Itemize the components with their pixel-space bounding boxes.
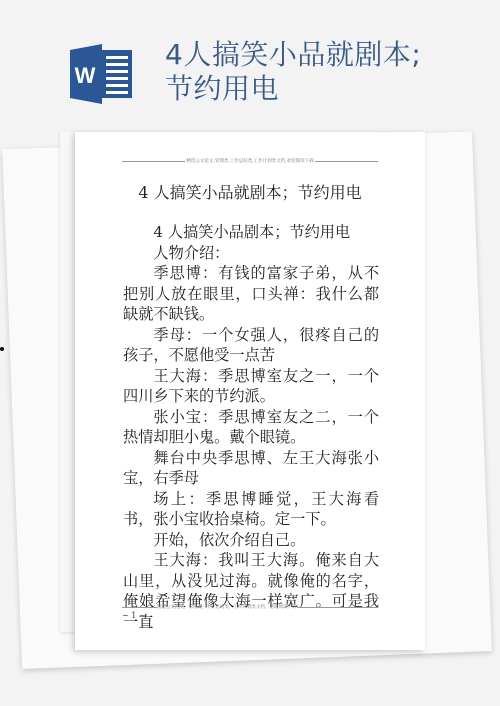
header-rule (315, 161, 378, 162)
paragraph: 人物介绍： (123, 243, 379, 264)
paragraph: 开始，依次介绍自己。 (123, 530, 379, 551)
word-document-icon: W (70, 44, 134, 104)
page-number: ~ 1 ~ (122, 611, 146, 620)
svg-text:W: W (75, 63, 96, 88)
bullet-dot (0, 347, 4, 351)
running-footer-text: 精选公文范文，管理类，工作总结类，工作计划类文档，感谢阅读下载 (157, 604, 297, 610)
document-page: 精选公文范文,管理类,工作总结类,工作计划类文档,欢迎阅读下载 4 人搞笑小品就… (75, 132, 425, 650)
paragraph: 张小宝：季思博室友之二，一个热情却胆小鬼。戴个眼镜。 (123, 407, 379, 448)
running-header: 精选公文范文,管理类,工作总结类,工作计划类文档,欢迎阅读下载 (122, 158, 378, 164)
header: W 4人搞笑小品就剧本; 节约用电 (0, 0, 500, 125)
page-heading: 4 人搞笑小品就剧本；节约用电 (75, 180, 425, 203)
paragraph: 王大海：我叫王大海。俺来自大山里，从没见过海。就像俺的名字，俺娘希望俺像大海一样… (123, 550, 379, 632)
paragraph: 王大海：季思博室友之一，一个四川乡下来的节约派。 (123, 366, 379, 407)
footer-rule (297, 607, 379, 608)
running-header-text: 精选公文范文,管理类,工作总结类,工作计划类文档,欢迎阅读下载 (185, 158, 314, 164)
running-footer: 精选公文范文，管理类，工作总结类，工作计划类文档，感谢阅读下载 (122, 604, 378, 610)
paragraph: 季母：一个女强人，很疼自己的孩子，不愿他受一点苦 (123, 325, 379, 366)
document-title-line2: 节约用电 (165, 72, 421, 106)
document-title: 4人搞笑小品就剧本; 节约用电 (165, 38, 421, 106)
footer-rule (122, 607, 157, 608)
paragraph: 季思博：有钱的富家子弟，从不把别人放在眼里，口头禅：我什么都缺就不缺钱。 (123, 263, 379, 325)
paragraph: 4 人搞笑小品剧本；节约用电 (123, 222, 379, 243)
document-title-line1: 4人搞笑小品就剧本; (165, 38, 421, 72)
header-rule (122, 161, 185, 162)
paragraph: 场上：季思博睡觉，王大海看书，张小宝收拾桌椅。定一下。 (123, 489, 379, 530)
paragraph: 舞台中央季思博、左王大海张小宝，右季母 (123, 448, 379, 489)
body-text: 4 人搞笑小品剧本；节约用电 人物介绍： 季思博：有钱的富家子弟，从不把别人放在… (123, 222, 379, 632)
